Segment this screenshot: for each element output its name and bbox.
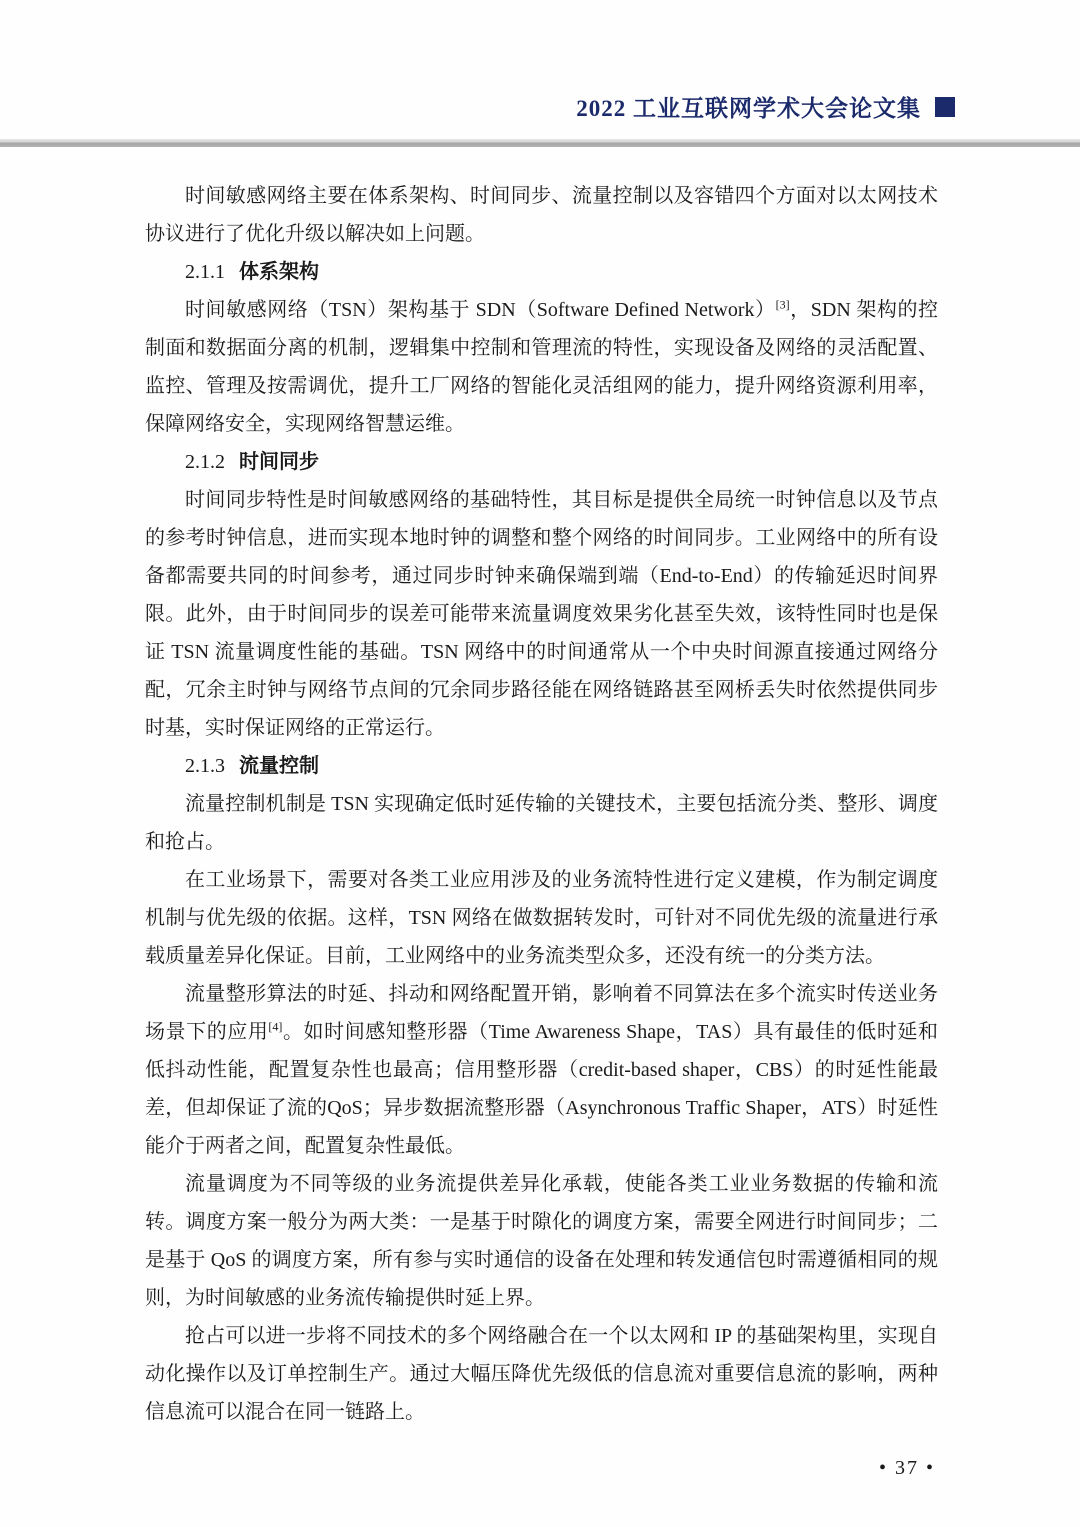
document-page: 2022 工业互联网学术大会论文集 时间敏感网络主要在体系架构、时间同步、流量控…	[0, 0, 1080, 1527]
section-heading: 2.1.3流量控制	[145, 747, 938, 785]
header-square-icon	[935, 97, 955, 117]
page-number: • 37 •	[879, 1457, 935, 1479]
section-heading: 2.1.2时间同步	[145, 443, 938, 481]
page-footer: • 37 •	[0, 1457, 935, 1480]
section-title: 流量控制	[239, 755, 319, 777]
section-title: 时间同步	[239, 451, 319, 473]
paragraph: 流量整形算法的时延、抖动和网络配置开销，影响着不同算法在多个流实时传送业务场景下…	[145, 975, 938, 1165]
citation-ref: [3]	[776, 297, 790, 311]
paragraph: 时间敏感网络（TSN）架构基于 SDN（Software Defined Net…	[145, 291, 938, 443]
section-number: 2.1.3	[185, 755, 225, 777]
citation-ref: [4]	[268, 1019, 282, 1033]
section-title: 体系架构	[239, 261, 319, 283]
section-number: 2.1.1	[185, 261, 225, 283]
paragraph: 时间敏感网络主要在体系架构、时间同步、流量控制以及容错四个方面对以太网技术协议进…	[145, 177, 938, 253]
header-divider-rule	[0, 139, 1080, 147]
page-header: 2022 工业互联网学术大会论文集	[0, 0, 1080, 123]
proceedings-title: 2022 工业互联网学术大会论文集	[576, 96, 921, 121]
paragraph: 时间同步特性是时间敏感网络的基础特性，其目标是提供全局统一时钟信息以及节点的参考…	[145, 481, 938, 747]
paragraph: 抢占可以进一步将不同技术的多个网络融合在一个以太网和 IP 的基础架构里，实现自…	[145, 1317, 938, 1431]
section-number: 2.1.2	[185, 451, 225, 473]
paragraph: 流量控制机制是 TSN 实现确定低时延传输的关键技术，主要包括流分类、整形、调度…	[145, 785, 938, 861]
document-body: 时间敏感网络主要在体系架构、时间同步、流量控制以及容错四个方面对以太网技术协议进…	[145, 177, 938, 1431]
section-heading: 2.1.1体系架构	[145, 253, 938, 291]
paragraph: 在工业场景下，需要对各类工业应用涉及的业务流特性进行定义建模，作为制定调度机制与…	[145, 861, 938, 975]
paragraph: 流量调度为不同等级的业务流提供差异化承载，使能各类工业业务数据的传输和流转。调度…	[145, 1165, 938, 1317]
